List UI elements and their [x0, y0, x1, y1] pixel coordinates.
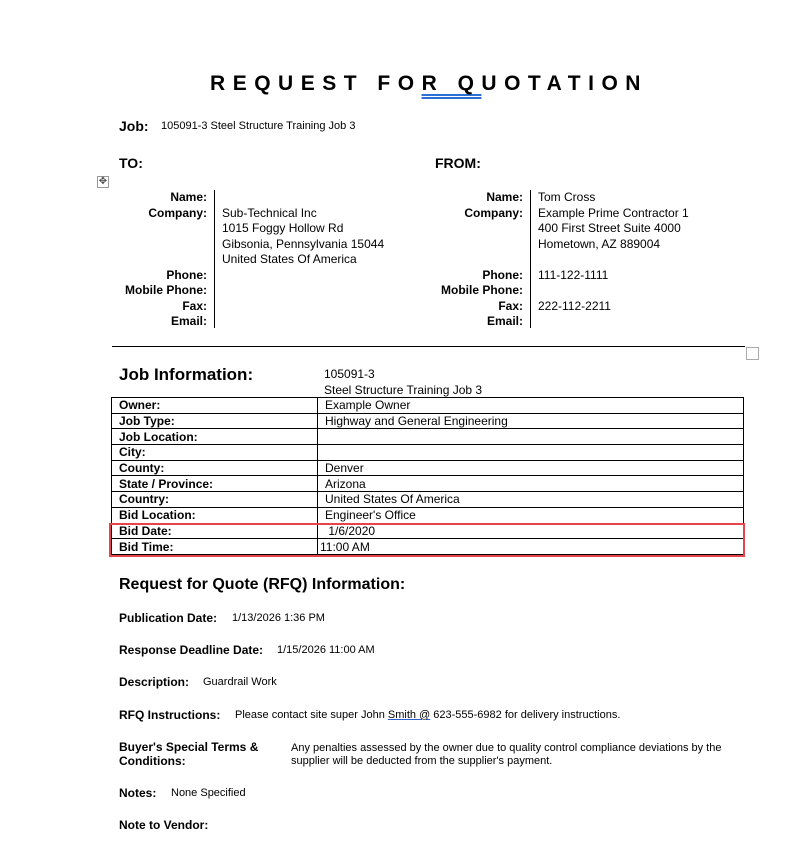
from-value-7: 222-112-2211 [538, 299, 689, 315]
title-text-end: UOTATION [481, 72, 648, 95]
publication-date-label: Publication Date: [119, 611, 217, 625]
job-information-number: 105091-3 [324, 367, 375, 381]
special-terms-label-line1: Buyer's Special Terms & [119, 740, 258, 754]
table-row: Bid Location:Engineer's Office [112, 507, 744, 523]
row-label: State / Province: [112, 476, 318, 492]
row-label: County: [112, 460, 318, 476]
title-text: REQUEST FO [210, 72, 422, 95]
row-value: United States Of America [318, 492, 744, 508]
instructions-spellcheck-word: Smith @ [388, 709, 430, 721]
row-label: Job Location: [112, 429, 318, 445]
to-value-5 [222, 268, 384, 284]
table-row: Job Location: [112, 429, 744, 445]
title-spellcheck-underlined: R Q [422, 72, 482, 95]
to-label-8: Email: [100, 314, 207, 330]
description-value: Guardrail Work [203, 676, 277, 688]
from-label-7: Fax: [420, 299, 523, 315]
table-row: Owner:Example Owner [112, 398, 744, 414]
instructions-text: Please contact site super John [235, 709, 388, 721]
special-terms-label: Buyer's Special Terms &Conditions: [119, 740, 258, 768]
row-value: Engineer's Office [318, 507, 744, 523]
row-label: Country: [112, 492, 318, 508]
to-label-5: Phone: [100, 268, 207, 284]
response-deadline-label: Response Deadline Date: [119, 643, 263, 657]
from-value-1: Example Prime Contractor 1 [538, 206, 689, 222]
to-value-1: Sub-Technical Inc [222, 206, 384, 222]
from-label-5: Phone: [420, 268, 523, 284]
note-to-vendor-label: Note to Vendor: [119, 818, 208, 832]
from-value-3: Hometown, AZ 889004 [538, 237, 689, 253]
from-value-5: 111-122-1111 [538, 268, 689, 284]
job-value: 105091-3 Steel Structure Training Job 3 [161, 120, 355, 132]
from-label: FROM: [435, 155, 481, 171]
to-label-3 [100, 237, 207, 253]
to-value-7 [222, 299, 384, 315]
from-value-0: Tom Cross [538, 190, 689, 206]
row-label: City: [112, 445, 318, 461]
publication-date-value: 1/13/2026 1:36 PM [232, 612, 325, 624]
from-values: Tom CrossExample Prime Contractor 1400 F… [538, 190, 689, 330]
from-label-2 [420, 221, 523, 237]
table-move-handle-icon[interactable]: ✥ [97, 176, 109, 188]
job-label: Job: [119, 118, 149, 134]
from-label-3 [420, 237, 523, 253]
row-value: Example Owner [318, 398, 744, 414]
to-value-4: United States Of America [222, 252, 384, 268]
row-value: Arizona [318, 476, 744, 492]
from-labels: Name:Company: Phone:Mobile Phone:Fax:Ema… [420, 190, 523, 330]
from-value-2: 400 First Street Suite 4000 [538, 221, 689, 237]
from-value-6 [538, 283, 689, 299]
to-label-6: Mobile Phone: [100, 283, 207, 299]
rfq-instructions-value: Please contact site super John Smith @ 6… [235, 709, 620, 721]
from-value-8 [538, 314, 689, 330]
rfq-instructions-label: RFQ Instructions: [119, 708, 220, 722]
table-row: Country:United States Of America [112, 492, 744, 508]
row-value: Denver [318, 460, 744, 476]
from-value-4 [538, 252, 689, 268]
to-label: TO: [119, 155, 143, 171]
special-terms-line1: Any penalties assessed by the owner due … [291, 742, 721, 755]
response-deadline-value: 1/15/2026 11:00 AM [277, 644, 375, 656]
document-title: REQUEST FOR QUOTATION [0, 72, 812, 96]
from-label-4 [420, 252, 523, 268]
to-label-7: Fax: [100, 299, 207, 315]
to-values: Sub-Technical Inc1015 Foggy Hollow RdGib… [222, 190, 384, 330]
notes-label: Notes: [119, 786, 156, 800]
from-label-6: Mobile Phone: [420, 283, 523, 299]
special-terms-label-line2: Conditions: [119, 754, 258, 768]
section-divider [112, 346, 745, 347]
notes-value: None Specified [171, 787, 246, 799]
to-label-2 [100, 221, 207, 237]
to-label-1: Company: [100, 206, 207, 222]
table-row: City: [112, 445, 744, 461]
table-row: Job Type:Highway and General Engineering [112, 413, 744, 429]
rfq-heading: Request for Quote (RFQ) Information: [119, 576, 405, 594]
row-label: Job Type: [112, 413, 318, 429]
to-value-0 [222, 190, 384, 206]
row-value: Highway and General Engineering [318, 413, 744, 429]
from-label-1: Company: [420, 206, 523, 222]
from-divider [530, 190, 531, 328]
from-label-8: Email: [420, 314, 523, 330]
job-information-name: Steel Structure Training Job 3 [324, 383, 482, 397]
to-value-6 [222, 283, 384, 299]
to-label-4 [100, 252, 207, 268]
table-row: State / Province:Arizona [112, 476, 744, 492]
row-label: Bid Location: [112, 507, 318, 523]
to-labels: Name:Company: Phone:Mobile Phone:Fax:Ema… [100, 190, 207, 330]
special-terms-value: Any penalties assessed by the owner due … [291, 742, 721, 767]
from-label-0: Name: [420, 190, 523, 206]
bid-date-time-highlight [109, 523, 745, 557]
description-label: Description: [119, 675, 189, 689]
to-divider [214, 190, 215, 328]
to-value-8 [222, 314, 384, 330]
to-value-3: Gibsonia, Pennsylvania 15044 [222, 237, 384, 253]
to-label-0: Name: [100, 190, 207, 206]
row-label: Owner: [112, 398, 318, 414]
table-row: County:Denver [112, 460, 744, 476]
to-value-2: 1015 Foggy Hollow Rd [222, 221, 384, 237]
table-resize-handle[interactable] [746, 347, 759, 360]
row-value [318, 445, 744, 461]
special-terms-line2: supplier will be deducted from the suppl… [291, 755, 721, 768]
instructions-text-end: 623-555-6982 for delivery instructions. [430, 709, 620, 721]
row-value [318, 429, 744, 445]
job-information-heading: Job Information: [119, 365, 253, 385]
